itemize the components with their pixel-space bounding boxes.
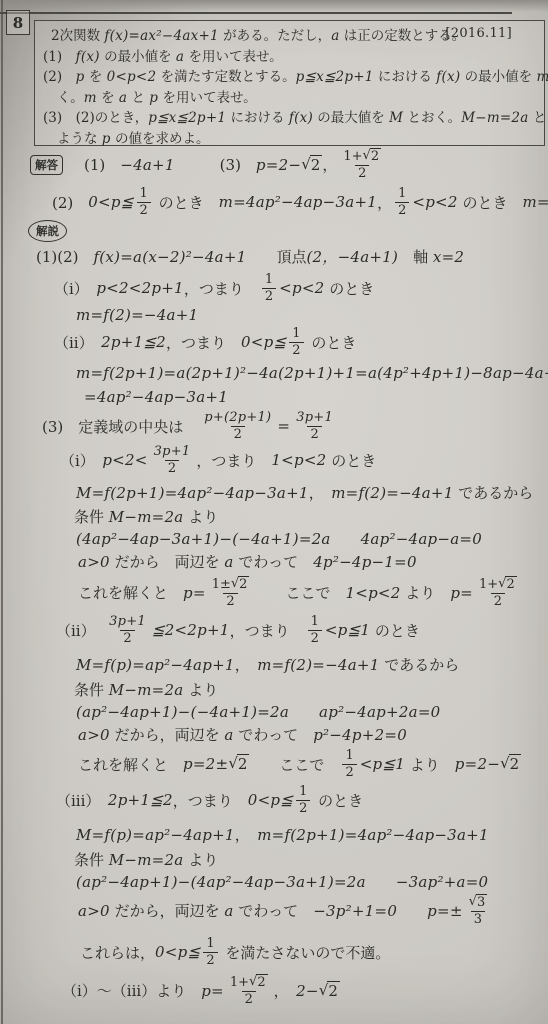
text-run: 1+ xyxy=(343,149,362,165)
text-run: （iii） xyxy=(56,790,108,811)
text-run: 条件 xyxy=(74,849,109,870)
commentary-badge: 解説 xyxy=(28,220,67,242)
math-run: <p<2 xyxy=(412,193,457,211)
text-run: だから，両辺を xyxy=(110,724,225,745)
math-run: x=2 xyxy=(433,248,464,266)
text-run: 2 xyxy=(299,801,307,816)
sqrt-expression: √2 xyxy=(301,155,322,174)
fraction-denominator: 2 xyxy=(296,800,310,817)
fraction: 1+√22 xyxy=(476,576,520,610)
fraction-numerator: 3p+1 xyxy=(293,410,336,426)
math-run: −3p²+1=0 xyxy=(313,902,397,920)
solution-line: (ap²−4ap+1)−(4ap²−4ap−3a+1)=2a −3ap²+a=0 xyxy=(76,871,488,892)
text-run: 1+ xyxy=(479,577,498,593)
math-run: 0<p≦ xyxy=(88,193,133,211)
fraction: 1+√22 xyxy=(227,974,271,1008)
fraction-denominator: 2 xyxy=(262,288,276,305)
math-run: M=f(p)=ap²−4ap+1 xyxy=(76,656,235,674)
text-run: ，つまり xyxy=(173,790,248,811)
text-run: 2 xyxy=(226,594,234,609)
text-run: ， xyxy=(322,154,337,175)
solution-line: （i）〜（iii）より p=1+√22， 2−√2 xyxy=(62,974,340,1008)
text-run: のとき xyxy=(370,620,420,641)
math-run: 1<p<2 xyxy=(271,451,326,469)
fraction: 12 xyxy=(289,326,303,358)
text-run: 2 xyxy=(206,953,214,968)
fraction-denominator: 2 xyxy=(223,593,237,610)
text-run: 1 xyxy=(299,784,307,800)
fraction: 12 xyxy=(395,186,409,218)
math-run: (4ap²−4ap−3a+1)−(−4a+1)=2a xyxy=(76,530,331,548)
text-run: ，つまり xyxy=(230,620,305,641)
fraction-numerator: 1 xyxy=(289,326,303,342)
fraction: 12 xyxy=(296,784,310,816)
text-run: 3 xyxy=(474,912,482,927)
math-run: M−m=2a xyxy=(109,681,184,699)
math-run: 0<p≦ xyxy=(241,333,286,351)
solution-line: （i） p<2<3p+12，つまり 1<p<2 のとき xyxy=(60,444,376,476)
math-run: f(x)=a(x−2)²−4a+1 xyxy=(94,248,247,266)
math-run: 4p²−4p−1=0 xyxy=(313,553,417,571)
math-run: M=f(p)=ap²−4ap+1 xyxy=(76,826,235,844)
text-run: 2 xyxy=(245,992,253,1007)
fraction-numerator: 1±√2 xyxy=(209,576,253,593)
solution-line: 条件 M−m=2a より xyxy=(74,506,218,527)
radicand: 2 xyxy=(509,754,522,773)
math-run: (ap²−4ap+1)−(4ap²−4ap−3a+1)=2a xyxy=(76,873,366,891)
text-run: より xyxy=(405,754,455,775)
fraction-numerator: 1 xyxy=(342,748,356,764)
text-run: 1 xyxy=(398,186,406,202)
math-run: a xyxy=(224,553,233,571)
text-run: （i） xyxy=(54,278,96,299)
text-run: 2 xyxy=(345,765,353,780)
math-run: (ap²−4ap+1)−(−4a+1)=2a xyxy=(76,703,289,721)
fraction: 1±√22 xyxy=(209,576,253,610)
fraction-numerator: 3p+1 xyxy=(151,444,194,460)
sqrt-expression: √3 xyxy=(469,894,488,911)
solution-line: M=f(p)=ap²−4ap+1， m=f(2)=−4a+1 であるから xyxy=(76,654,459,675)
text-run: より xyxy=(401,582,451,603)
text-run: 1 xyxy=(265,272,273,288)
math-run: ≦2<2p+1 xyxy=(152,621,230,639)
math-run: M−m=2a xyxy=(109,851,184,869)
fraction-denominator: 2 xyxy=(165,460,179,477)
fraction: 1+√22 xyxy=(340,148,384,182)
math-run: M−m=2a xyxy=(109,508,184,526)
solution-line: これを解くと p=1±√22 ここで 1<p<2 より p=1+√22 xyxy=(78,576,523,610)
text-run: 2 xyxy=(358,166,366,181)
text-run: 2 xyxy=(310,427,318,442)
fraction-numerator: 1+√2 xyxy=(340,148,384,165)
text-run: 1 xyxy=(140,186,148,202)
math-run: <p≦1 xyxy=(325,621,370,639)
text-run: (1)(2) xyxy=(36,246,94,267)
solution-line: =4ap²−4ap−3a+1 xyxy=(84,388,228,406)
text-run: 1 xyxy=(292,326,300,342)
math-run: 3p+1 xyxy=(109,614,146,630)
fraction-numerator: 1+√2 xyxy=(476,576,520,593)
math-run: p=± xyxy=(427,902,463,920)
solution-area: 解答 (1) −4a+1 (3) p=2−√2，1+√22(2) 0<p≦12 … xyxy=(0,0,548,1024)
text-run: のとき xyxy=(307,332,357,353)
text-run: これらは， xyxy=(80,942,155,963)
text-run: だから 両辺を xyxy=(110,551,225,572)
text-run: でわって xyxy=(234,551,314,572)
text-run: より xyxy=(184,849,219,870)
solution-line: (4ap²−4ap−3a+1)−(−4a+1)=2a 4ap²−4ap−a=0 xyxy=(76,528,482,549)
math-run: <p<2 xyxy=(279,279,324,297)
solution-line: (3) 定義域の中央は p+(2p+1)2=3p+12 xyxy=(42,410,339,442)
text-run: 2 xyxy=(311,631,319,646)
math-run: a xyxy=(224,902,233,920)
math-run: 1<p<2 xyxy=(345,584,400,602)
fraction: 3p+12 xyxy=(293,410,336,442)
text-run: 2 xyxy=(292,343,300,358)
math-run: p=2− xyxy=(455,755,500,773)
text-run: のとき xyxy=(326,450,376,471)
text-run: 条件 xyxy=(74,679,109,700)
sqrt-expression: √2 xyxy=(231,576,250,593)
math-run: m=f(2)=−4a+1 xyxy=(76,306,198,324)
radicand: 3 xyxy=(476,894,487,911)
text-run: （ii） xyxy=(54,332,101,353)
solution-line: 条件 M−m=2a より xyxy=(74,679,218,700)
math-run: 3p+1 xyxy=(296,410,333,426)
answer-badge: 解答 xyxy=(30,155,63,175)
text-run: であるから xyxy=(454,482,534,503)
text-run: 軸 xyxy=(398,246,433,267)
text-run: より xyxy=(184,506,219,527)
fraction-denominator: 2 xyxy=(242,991,256,1008)
solution-line: （i） p<2<2p+1，つまり 12<p<2 のとき xyxy=(54,272,374,304)
math-run: −3ap²+a=0 xyxy=(396,873,489,891)
math-run: m=4ap²−4ap−3a+1 xyxy=(219,193,377,211)
text-run: 2 xyxy=(140,203,148,218)
text-run: ， xyxy=(274,980,297,1001)
radicand: 2 xyxy=(370,148,381,165)
fraction-numerator: 1 xyxy=(308,614,322,630)
photographed-math-page: 8 2次関数 f(x)=ax²−4ax+1 がある。ただし，a は正の定数とする… xyxy=(0,0,548,1024)
text-run: 1 xyxy=(206,936,214,952)
fraction: √33 xyxy=(466,894,491,928)
fraction-denominator: 2 xyxy=(491,593,505,610)
math-run: p<2< xyxy=(102,451,147,469)
fraction-denominator: 2 xyxy=(342,764,356,781)
text-run: のとき xyxy=(324,278,374,299)
fraction: 12 xyxy=(342,748,356,780)
sqrt-expression: √2 xyxy=(363,148,382,165)
fraction: p+(2p+1)2 xyxy=(201,410,274,442)
fraction: 12 xyxy=(137,186,151,218)
math-run: 2p+1≦2 xyxy=(108,791,173,809)
solution-line: M=f(2p+1)=4ap²−4ap−3a+1， m=f(2)=−4a+1 であ… xyxy=(76,482,533,503)
math-run: = xyxy=(277,417,290,435)
text-run: 2 xyxy=(168,461,176,476)
text-run: (2) xyxy=(52,192,88,213)
text-run: 2 xyxy=(265,289,273,304)
fraction-denominator: 3 xyxy=(471,911,485,928)
fraction-denominator: 2 xyxy=(307,426,321,443)
text-run: 条件 xyxy=(74,506,109,527)
text-run: だから，両辺を xyxy=(110,900,225,921)
text-run: であるから xyxy=(380,654,460,675)
text-run: ，つまり xyxy=(166,332,241,353)
text-run: （ii） xyxy=(56,620,103,641)
fraction: 3p+12 xyxy=(106,614,149,646)
math-run: 0<p≦ xyxy=(155,943,200,961)
text-run: でわって xyxy=(234,900,314,921)
fraction-denominator: 2 xyxy=(308,630,322,647)
math-run: a>0 xyxy=(78,553,110,571)
math-run: p= xyxy=(201,982,224,1000)
math-run: ap²−4ap+2a=0 xyxy=(319,703,440,721)
solution-line: 解説 xyxy=(28,220,67,242)
solution-line: （ii） 2p+1≦2，つまり 0<p≦12 のとき xyxy=(54,326,356,358)
fraction-numerator: 1 xyxy=(137,186,151,202)
text-run: ，つまり xyxy=(196,450,271,471)
math-run: a>0 xyxy=(78,902,110,920)
math-run: a>0 xyxy=(78,726,110,744)
math-run: p=2− xyxy=(256,156,301,174)
text-run: 1± xyxy=(212,577,231,593)
math-run: m=f(2)=−4a+1 xyxy=(257,656,379,674)
fraction: 12 xyxy=(203,936,217,968)
text-run: ， xyxy=(309,482,332,503)
text-run: （i）〜（iii）より xyxy=(62,980,201,1001)
radicand: 2 xyxy=(505,576,516,593)
sqrt-expression: √2 xyxy=(498,576,517,593)
text-run: のとき xyxy=(154,192,219,213)
text-run: より xyxy=(184,679,219,700)
math-run: 0<p≦ xyxy=(248,791,293,809)
radicand: 2 xyxy=(237,754,250,773)
math-run: <p≦1 xyxy=(360,755,405,773)
text-run: のとき xyxy=(313,790,363,811)
math-run: m=f(2p+1)=4ap²−4ap−3a+1 xyxy=(257,826,489,844)
text-run: 1+ xyxy=(230,975,249,991)
solution-line: 条件 M−m=2a より xyxy=(74,849,218,870)
fraction-denominator: 2 xyxy=(137,202,151,219)
math-run: p+(2p+1) xyxy=(204,410,271,426)
text-run xyxy=(366,871,396,892)
fraction: 12 xyxy=(262,272,276,304)
fraction: 3p+12 xyxy=(151,444,194,476)
math-run: m=−4a+1 xyxy=(522,193,548,211)
math-run: M=f(2p+1)=4ap²−4ap−3a+1 xyxy=(76,484,309,502)
solution-line: これらは，0<p≦12 を満たさないので不適。 xyxy=(80,936,390,968)
math-run: 2− xyxy=(296,982,319,1000)
solution-line: a>0 だから，両辺を a でわって −3p²+1=0 p=±√33 xyxy=(78,894,493,928)
sqrt-expression: √2 xyxy=(249,974,268,991)
text-run: 2 xyxy=(398,203,406,218)
solution-line: (ap²−4ap+1)−(−4a+1)=2a ap²−4ap+2a=0 xyxy=(76,701,440,722)
solution-line: (2) 0<p≦12 のとき m=4ap²−4ap−3a+1，12<p<2 のと… xyxy=(52,186,548,218)
math-run: p²−4p+2=0 xyxy=(313,726,407,744)
fraction-numerator: p+(2p+1) xyxy=(201,410,274,426)
solution-line: これを解くと p=2±√2 ここで 12<p≦1 より p=2−√2 xyxy=(78,748,521,780)
text-run: (1) xyxy=(69,154,120,175)
solution-line: 解答 (1) −4a+1 (3) p=2−√2，1+√22 xyxy=(30,148,387,182)
fraction-denominator: 2 xyxy=(355,165,369,182)
text-run: 頂点 xyxy=(246,246,306,267)
fraction-denominator: 2 xyxy=(203,952,217,969)
fraction-numerator: √3 xyxy=(466,894,491,911)
sqrt-expression: √2 xyxy=(500,754,521,773)
fraction-numerator: 1 xyxy=(262,272,276,288)
text-run: 1 xyxy=(311,614,319,630)
math-run: p=2± xyxy=(183,755,228,773)
text-run: を満たさないので不適。 xyxy=(221,942,391,963)
sqrt-expression: √2 xyxy=(228,754,249,773)
solution-line: （ii） 3p+12≦2<2p+1，つまり 12<p≦1 のとき xyxy=(56,614,420,646)
fraction-denominator: 2 xyxy=(289,342,303,359)
text-run: これを解くと xyxy=(78,582,183,603)
fraction-numerator: 1 xyxy=(395,186,409,202)
text-run: 1 xyxy=(345,748,353,764)
text-run: ， xyxy=(377,192,392,213)
fraction: 12 xyxy=(308,614,322,646)
text-run: 2 xyxy=(494,594,502,609)
math-run: p<2<2p+1 xyxy=(96,279,184,297)
math-run: −4a+1 xyxy=(120,156,174,174)
text-run: ，つまり xyxy=(184,278,259,299)
fraction-denominator: 2 xyxy=(120,630,134,647)
text-run: （i） xyxy=(60,450,102,471)
solution-line: M=f(p)=ap²−4ap+1， m=f(2p+1)=4ap²−4ap−3a+… xyxy=(76,824,489,845)
fraction-numerator: 1 xyxy=(203,936,217,952)
math-run: 4ap²−4ap−a=0 xyxy=(361,530,482,548)
text-run xyxy=(289,701,319,722)
math-run: p= xyxy=(183,584,206,602)
solution-line: a>0 だから 両辺を a でわって 4p²−4p−1=0 xyxy=(78,551,417,572)
math-run: p= xyxy=(450,584,473,602)
solution-line: m=f(2p+1)=a(2p+1)²−4a(2p+1)+1=a(4p²+4p+1… xyxy=(76,364,548,382)
text-run: 2 xyxy=(123,631,131,646)
fraction-denominator: 2 xyxy=(231,426,245,443)
text-run: (3) xyxy=(175,154,256,175)
radicand: 2 xyxy=(238,576,249,593)
text-run: 2 xyxy=(234,427,242,442)
radicand: 2 xyxy=(256,974,267,991)
text-run: ， xyxy=(235,824,258,845)
fraction-numerator: 1+√2 xyxy=(227,974,271,991)
text-run: これを解くと xyxy=(78,754,183,775)
text-run: のとき xyxy=(458,192,523,213)
text-run: ここで xyxy=(255,582,345,603)
solution-line: m=f(2)=−4a+1 xyxy=(76,306,198,324)
solution-line: (1)(2) f(x)=a(x−2)²−4a+1 頂点(2，−4a+1) 軸 x… xyxy=(36,246,464,267)
fraction-numerator: 3p+1 xyxy=(106,614,149,630)
text-run xyxy=(331,528,361,549)
text-run: (3) 定義域の中央は xyxy=(42,416,198,437)
radicand: 2 xyxy=(327,981,340,1000)
math-run: 2p+1≦2 xyxy=(101,333,166,351)
radicand: 2 xyxy=(310,155,323,174)
text-run: でわって xyxy=(234,724,314,745)
solution-line: a>0 だから，両辺を a でわって p²−4p+2=0 xyxy=(78,724,407,745)
math-run: =4ap²−4ap−3a+1 xyxy=(84,388,228,406)
fraction-denominator: 2 xyxy=(395,202,409,219)
fraction-numerator: 1 xyxy=(296,784,310,800)
math-run: m=f(2)=−4a+1 xyxy=(331,484,453,502)
text-run: ここで xyxy=(249,754,339,775)
math-run: (2，−4a+1) xyxy=(306,246,398,267)
solution-line: （iii） 2p+1≦2，つまり 0<p≦12 のとき xyxy=(56,784,363,816)
math-run: m=f(2p+1)=a(2p+1)²−4a(2p+1)+1=a(4p²+4p+1… xyxy=(76,364,548,382)
math-run: 3p+1 xyxy=(154,444,191,460)
text-run: ， xyxy=(235,654,258,675)
sqrt-expression: √2 xyxy=(319,981,340,1000)
math-run: a xyxy=(224,726,233,744)
text-run xyxy=(397,900,427,921)
